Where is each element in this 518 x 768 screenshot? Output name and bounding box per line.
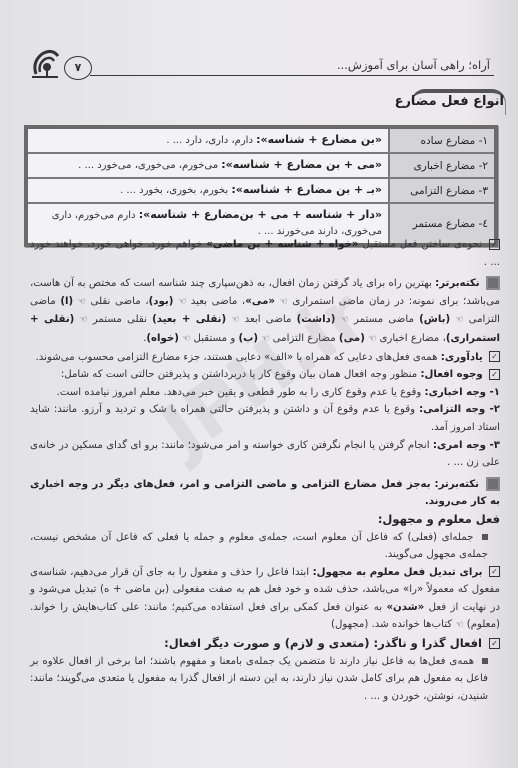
row-value: «می + بن مضارع + شناسه»: می‌خورم، می‌خور… (26, 153, 389, 178)
table-row: ۲- مضارع اخباری «می + بن مضارع + شناسه»:… (26, 153, 496, 178)
pointing-hand-icon: ☜ (455, 620, 463, 630)
bullet-square-icon (482, 658, 488, 664)
bullet-square-icon (482, 534, 488, 540)
pointing-hand-icon: ☜ (231, 315, 239, 325)
pointing-hand-icon: ☜ (261, 334, 269, 344)
table-row: ۱- مضارع ساده «بن مضارع + شناسه»: دارم، … (26, 127, 496, 153)
present-tense-table: ۱- مضارع ساده «بن مضارع + شناسه»: دارم، … (24, 125, 498, 247)
note-paragraph-1: نکته‌برتر: بهترین راه برای یاد گرفتن زما… (30, 275, 500, 348)
checkbox-icon: ✓ (489, 369, 500, 380)
pointing-hand-icon: ☜ (78, 297, 86, 307)
transitive-heading: ✓ افعال گذرا و ناگذر: (متعدی و لازم) و ص… (30, 635, 500, 653)
row-value: «بن مضارع + شناسه»: دارم، داری، دارد ...… (26, 127, 389, 153)
transitive-paragraph: همه‌ی فعل‌ها به فاعل نیاز دارند تا متضمن… (30, 653, 500, 706)
active-passive-paragraph: جمله‌ای (فعلی) که فاعل آن معلوم است، جمل… (30, 529, 500, 564)
conversion-paragraph: ✓ برای تبدیل فعل معلوم به مجهول: ابتدا ف… (30, 564, 500, 635)
checkbox-icon: ✓ (489, 239, 500, 250)
pointing-hand-icon: ☜ (178, 297, 186, 307)
pointing-hand-icon: ☜ (79, 315, 87, 325)
pointing-hand-icon: ☜ (341, 315, 349, 325)
mood-subjunctive: ۲- وجه التزامی: وقوع یا عدم وقوع آن و دا… (30, 401, 500, 436)
formula: «دار + شناسه + می + بن‌مضارع + شناسه»: (139, 208, 382, 221)
pointing-hand-icon: ☜ (455, 315, 463, 325)
pointing-hand-icon: ☜ (182, 334, 190, 344)
examples: دارم، داری، دارد ... . (166, 135, 253, 146)
note-label: نکته‌برتر: (435, 278, 480, 289)
page-number: ۷ (64, 56, 92, 80)
checkbox-icon: ✓ (489, 638, 500, 649)
row-label: ۳- مضارع التزامی (389, 178, 496, 203)
moods-paragraph: ✓ وجوه افعال: منظور وجه افعال همان بیان … (30, 366, 500, 384)
page-header: ۷ آراه؛ راهی آسان برای آموزش... (28, 48, 506, 80)
note-icon (486, 477, 500, 491)
row-label: ۲- مضارع اخباری (389, 153, 496, 178)
checkbox-icon: ✓ (489, 566, 500, 577)
book-page: ۷ آراه؛ راهی آسان برای آموزش... انواع فع… (0, 0, 518, 768)
checkbox-icon: ✓ (489, 351, 500, 362)
page-body: ✓ نحوه‌ی ساختن فعل مستقبل «خواه + شناسه … (30, 236, 500, 705)
note-paragraph-2: نکته‌برتر: به‌جز فعل مضارع التزامی و ماض… (30, 476, 500, 511)
note-label: نکته‌برتر: (435, 479, 480, 490)
examples: بخورم، بخوری، بخورد ... . (120, 185, 228, 196)
examples: می‌خورم، می‌خوری، می‌خورد ... . (78, 160, 218, 171)
pointing-hand-icon: ☜ (368, 334, 376, 344)
running-title: آراه؛ راهی آسان برای آموزش... (337, 58, 490, 72)
active-passive-heading: فعل معلوم و مجهول: (30, 511, 500, 529)
future-tense-paragraph: ✓ نحوه‌ی ساختن فعل مستقبل «خواه + شناسه … (30, 236, 500, 271)
formula: «بـ + بن مضارع + شناسه»: (231, 183, 382, 196)
note-icon (486, 276, 500, 290)
formula: «می + بن مضارع + شناسه»: (221, 158, 382, 171)
pointing-hand-icon: ☜ (280, 297, 288, 307)
row-value: «بـ + بن مضارع + شناسه»: بخورم، بخوری، ب… (26, 178, 389, 203)
table-row: ۳- مضارع التزامی «بـ + بن مضارع + شناسه»… (26, 178, 496, 203)
formula: «بن مضارع + شناسه»: (256, 133, 382, 146)
row-label: ۱- مضارع ساده (389, 127, 496, 153)
reminder-paragraph: ✓ یادآوری: همه‌ی فعل‌های دعایی که همراه … (30, 349, 500, 367)
section-title: انواع فعل مضارع (395, 94, 504, 109)
arah-book-logo-icon (28, 48, 62, 80)
mood-indicative: ۱- وجه اخباری: وقوع یا عدم وقوع کاری را … (30, 384, 500, 402)
header-rule (90, 75, 494, 77)
mood-imperative: ۳- وجه امری: انجام گرفتن یا انجام نگرفتن… (30, 437, 500, 472)
